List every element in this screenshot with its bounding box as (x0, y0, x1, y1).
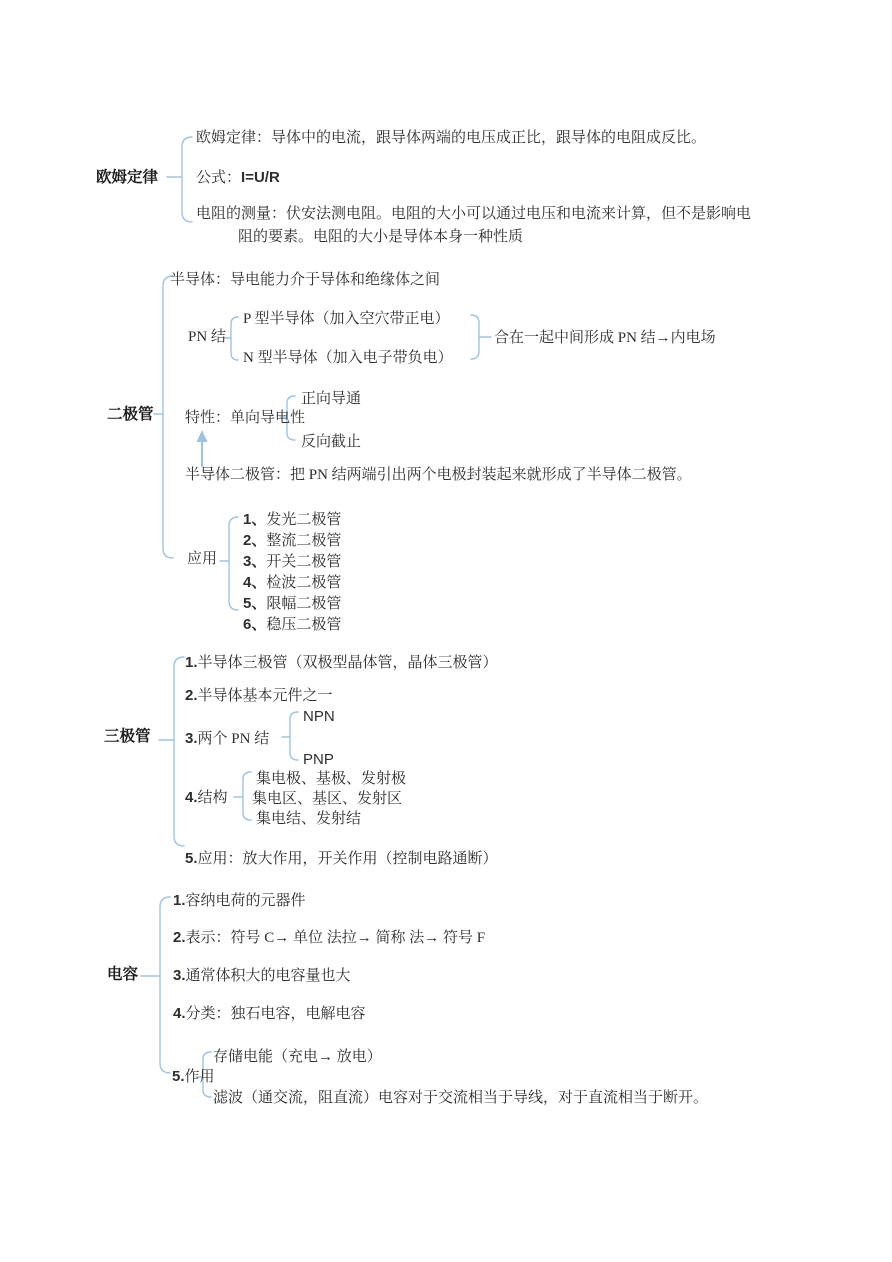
bracket-transistor-structure (234, 772, 251, 820)
diode-app-num-2: 2、 (243, 532, 266, 549)
capacitor-text-3: 通常体积大的电容量也大 (186, 968, 351, 984)
section-title-diode: 二极管 (107, 407, 154, 423)
capacitor-store-line: 存储电能（充电→ 放电） (213, 1049, 382, 1065)
resistance-measure-line1: 电阻的测量：伏安法测电阻。电阻的大小可以通过电压和电流来计算，但不是影响电 (196, 206, 751, 222)
capacitor-item-2: 2.表示：符号 C→ 单位 法拉→ 简称 法→ 符号 F (173, 930, 485, 946)
section-title-ohms-law: 欧姆定律 (96, 170, 158, 186)
transistor-item-5: 5.应用：放大作用，开关作用（控制电路通断） (185, 851, 498, 867)
bracket-transistor-main (159, 657, 184, 846)
diode-app-text-5: 限幅二极管 (266, 596, 341, 612)
bracket-transistor-pn (282, 712, 298, 760)
n-type-line: N 型半导体（加入电子带负电） (243, 350, 453, 366)
pn-junction-label: PN 结 (188, 329, 226, 345)
reverse-cutoff-line: 反向截止 (301, 434, 361, 450)
bracket-diode-pn-close (471, 315, 491, 359)
p-type-line: P 型半导体（加入空穴带正电） (243, 311, 450, 327)
forward-conduct-line: 正向导通 (301, 391, 361, 407)
diode-app-item-5: 5、限幅二极管 (243, 596, 341, 612)
capacitor-item-3: 3.通常体积大的电容量也大 (173, 968, 351, 984)
transistor-num-3: 3. (185, 730, 198, 747)
pnp-label: PNP (303, 752, 334, 768)
bracket-capacitor-main (141, 897, 170, 1073)
capacitor-num-3: 3. (173, 967, 186, 984)
bracket-diode-pn-open (224, 317, 238, 360)
transistor-item-4: 4.结构 (185, 790, 228, 806)
capacitor-text-4: 分类：独石电容，电解电容 (186, 1006, 366, 1022)
bracket-ohm-main (167, 137, 192, 222)
diode-app-num-4: 4、 (243, 574, 266, 591)
transistor-structure-line-2: 集电区、基区、发射区 (252, 791, 402, 807)
capacitor-text-5: 作用 (185, 1069, 215, 1085)
transistor-item-1: 1.半导体三极管（双极型晶体管，晶体三极管） (185, 655, 498, 671)
transistor-text-4: 结构 (198, 790, 228, 806)
section-title-transistor: 三极管 (104, 729, 151, 745)
diode-app-text-6: 稳压二极管 (266, 617, 341, 633)
resistance-measure-line2: 阻的要素。电阻的大小是导体本身一种性质 (238, 229, 523, 245)
bracket-lines-layer (0, 0, 892, 1262)
transistor-num-4: 4. (185, 789, 198, 806)
npn-label: NPN (303, 709, 335, 725)
ohm-definition: 欧姆定律：导体中的电流，跟导体两端的电压成正比，跟导体的电阻成反比。 (196, 130, 706, 146)
capacitor-text-2: 表示：符号 C→ 单位 法拉→ 简称 法→ 符号 F (186, 930, 486, 946)
semiconductor-definition: 半导体：导电能力介于导体和绝缘体之间 (170, 272, 440, 288)
bracket-diode-application (220, 517, 238, 610)
diode-app-text-3: 开关二极管 (266, 554, 341, 570)
capacitor-item-4: 4.分类：独石电容，电解电容 (173, 1006, 366, 1022)
bracket-diode-main (154, 276, 173, 558)
diode-app-item-4: 4、检波二极管 (243, 575, 341, 591)
capacitor-item-1: 1.容纳电荷的元器件 (173, 893, 306, 909)
transistor-item-3: 3.两个 PN 结 (185, 731, 269, 747)
diode-app-item-2: 2、整流二极管 (243, 533, 341, 549)
transistor-text-1: 半导体三极管（双极型晶体管，晶体三极管） (198, 655, 498, 671)
diode-app-item-6: 6、稳压二极管 (243, 617, 341, 633)
capacitor-text-1: 容纳电荷的元器件 (186, 893, 306, 909)
diode-app-num-6: 6、 (243, 616, 266, 633)
transistor-structure-line-1: 集电极、基极、发射极 (256, 771, 406, 787)
capacitor-filter-line: 滤波（通交流，阻直流）电容对于交流相当于导线，对于直流相当于断开。 (213, 1090, 708, 1106)
transistor-text-2: 半导体基本元件之一 (198, 688, 333, 704)
diode-app-num-1: 1、 (243, 511, 266, 528)
transistor-num-2: 2. (185, 687, 198, 704)
capacitor-num-4: 4. (173, 1005, 186, 1022)
ohm-formula: 公式：I=U/R (196, 170, 280, 186)
transistor-text-5: 应用：放大作用，开关作用（控制电路通断） (198, 851, 498, 867)
diode-app-item-3: 3、开关二极管 (243, 554, 341, 570)
ohm-formula-expression: I=U/R (241, 169, 280, 186)
ohm-formula-prefix: 公式： (196, 170, 241, 186)
diode-definition: 半导体二极管：把 PN 结两端引出两个电极封装起来就形成了半导体二极管。 (185, 467, 692, 483)
diode-app-text-4: 检波二极管 (266, 575, 341, 591)
diode-feature-label: 特性：单向导电性 (185, 410, 305, 426)
diode-app-text-2: 整流二极管 (266, 533, 341, 549)
diode-application-label: 应用 (187, 551, 217, 567)
transistor-item-2: 2.半导体基本元件之一 (185, 688, 333, 704)
mindmap-canvas: 欧姆定律 欧姆定律：导体中的电流，跟导体两端的电压成正比，跟导体的电阻成反比。 … (0, 0, 892, 1262)
capacitor-item-5: 5.作用 (172, 1069, 215, 1085)
diode-app-num-5: 5、 (243, 595, 266, 612)
capacitor-num-5: 5. (172, 1068, 185, 1085)
up-arrow-head (197, 430, 208, 442)
diode-app-item-1: 1、发光二极管 (243, 512, 341, 528)
capacitor-num-2: 2. (173, 929, 186, 946)
diode-app-text-1: 发光二极管 (266, 512, 341, 528)
transistor-num-1: 1. (185, 654, 198, 671)
transistor-text-3: 两个 PN 结 (198, 731, 270, 747)
capacitor-num-1: 1. (173, 892, 186, 909)
transistor-num-5: 5. (185, 850, 198, 867)
section-title-capacitor: 电容 (107, 967, 138, 983)
pn-junction-result: 合在一起中间形成 PN 结→内电场 (494, 330, 716, 346)
diode-app-num-3: 3、 (243, 553, 266, 570)
transistor-structure-line-3: 集电结、发射结 (256, 811, 361, 827)
